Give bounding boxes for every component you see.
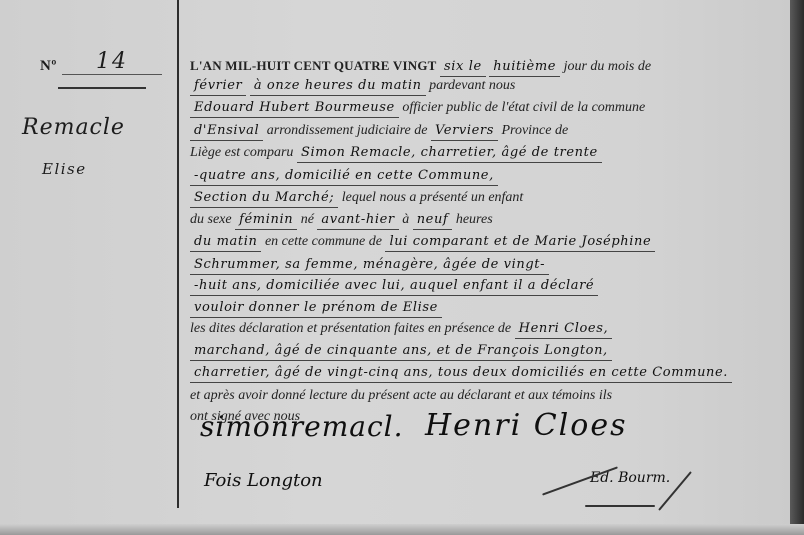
printed-text: et après avoir donné lecture du présent … [190, 388, 612, 403]
handwritten-entry: Simon Remacle, charretier, âgé de trente [297, 144, 602, 163]
printed-text: à [402, 212, 409, 227]
handwritten-entry: Verviers [431, 122, 498, 141]
handwritten-entry: charretier, âgé de vingt-cinq ans, tous … [190, 364, 732, 383]
body-line: les dites déclaration et présentation fa… [190, 318, 790, 340]
body-line: du matin en cette commune de lui compara… [190, 231, 790, 253]
printed-text: pardevant nous [429, 78, 515, 93]
handwritten-entry: Section du Marché; [190, 189, 338, 208]
handwritten-entry: neuf [413, 211, 453, 230]
signature-underline [585, 505, 655, 507]
handwritten-entry: d'Ensival [190, 122, 263, 141]
body-line: février à onze heures du matin pardevant… [190, 75, 790, 97]
body-line: Section du Marché; lequel nous a présent… [190, 187, 790, 209]
printed-text: Liège est comparu [190, 145, 293, 160]
margin-rule [177, 0, 179, 508]
handwritten-entry: à onze heures du matin [250, 77, 426, 96]
printed-text: les dites déclaration et présentation fa… [190, 321, 511, 336]
printed-text: arrondissement judiciaire de [267, 123, 428, 138]
record-number-underline [58, 87, 146, 89]
body-line: marchand, âgé de cinquante ans, et de Fr… [190, 340, 790, 362]
printed-text: heures [456, 212, 493, 227]
body-line: du sexe féminin né avant-hier à neuf heu… [190, 209, 790, 231]
printed-text: lequel nous a présenté un enfant [342, 190, 524, 205]
printed-text: du sexe [190, 212, 232, 227]
handwritten-entry: Henri Cloes, [515, 320, 613, 339]
body-line: d'Ensival arrondissement judiciaire de V… [190, 120, 790, 142]
margin-firstname: Elise [42, 160, 87, 178]
printed-text: L'AN MIL-HUIT CENT QUATRE VINGT [190, 58, 437, 73]
handwritten-entry: -huit ans, domiciliée avec lui, auquel e… [190, 277, 598, 296]
printed-text: jour du mois de [564, 59, 652, 74]
handwritten-entry: -quatre ans, domicilié en cette Commune, [190, 167, 498, 186]
handwritten-entry: avant-hier [317, 211, 398, 230]
handwritten-entry: Edouard Hubert Bourmeuse [190, 99, 399, 118]
handwritten-entry: du matin [190, 233, 261, 252]
printed-text: en cette commune de [265, 234, 382, 249]
handwritten-entry: lui comparant et de Marie Joséphine [385, 233, 655, 252]
record-number-value: 14 [62, 50, 162, 75]
body-line: -quatre ans, domicilié en cette Commune, [190, 165, 790, 187]
signature-witness-2: Fois Longton [204, 470, 323, 491]
handwritten-entry: marchand, âgé de cinquante ans, et de Fr… [190, 342, 612, 361]
record-number-label: Nº [40, 58, 57, 75]
body-line: Liège est comparu Simon Remacle, charret… [190, 142, 790, 164]
handwritten-entry: vouloir donner le prénom de Elise [190, 299, 442, 318]
printed-text: Province de [501, 123, 568, 138]
printed-text: né [301, 212, 314, 227]
signature-declarant: simonremacl. [200, 410, 404, 443]
handwritten-entry: Schrummer, sa femme, ménagère, âgée de v… [190, 256, 549, 275]
body-line: Edouard Hubert Bourmeuse officier public… [190, 97, 790, 119]
body-line: L'AN MIL-HUIT CENT QUATRE VINGT six le h… [190, 55, 790, 77]
body-line: Schrummer, sa femme, ménagère, âgée de v… [190, 254, 790, 276]
handwritten-entry: février [190, 77, 246, 96]
page-bottom-edge [0, 524, 804, 535]
body-line: -huit ans, domiciliée avec lui, auquel e… [190, 275, 790, 297]
body-line: et après avoir donné lecture du présent … [190, 385, 790, 407]
page-edge-shadow [790, 0, 804, 535]
printed-text: officier public de l'état civil de la co… [402, 100, 645, 115]
body-line: charretier, âgé de vingt-cinq ans, tous … [190, 362, 790, 384]
signature-witness-1: Henri Cloes [425, 408, 627, 443]
margin-surname: Remacle [22, 115, 125, 140]
handwritten-entry: féminin [235, 211, 297, 230]
body-line: vouloir donner le prénom de Elise [190, 297, 790, 319]
